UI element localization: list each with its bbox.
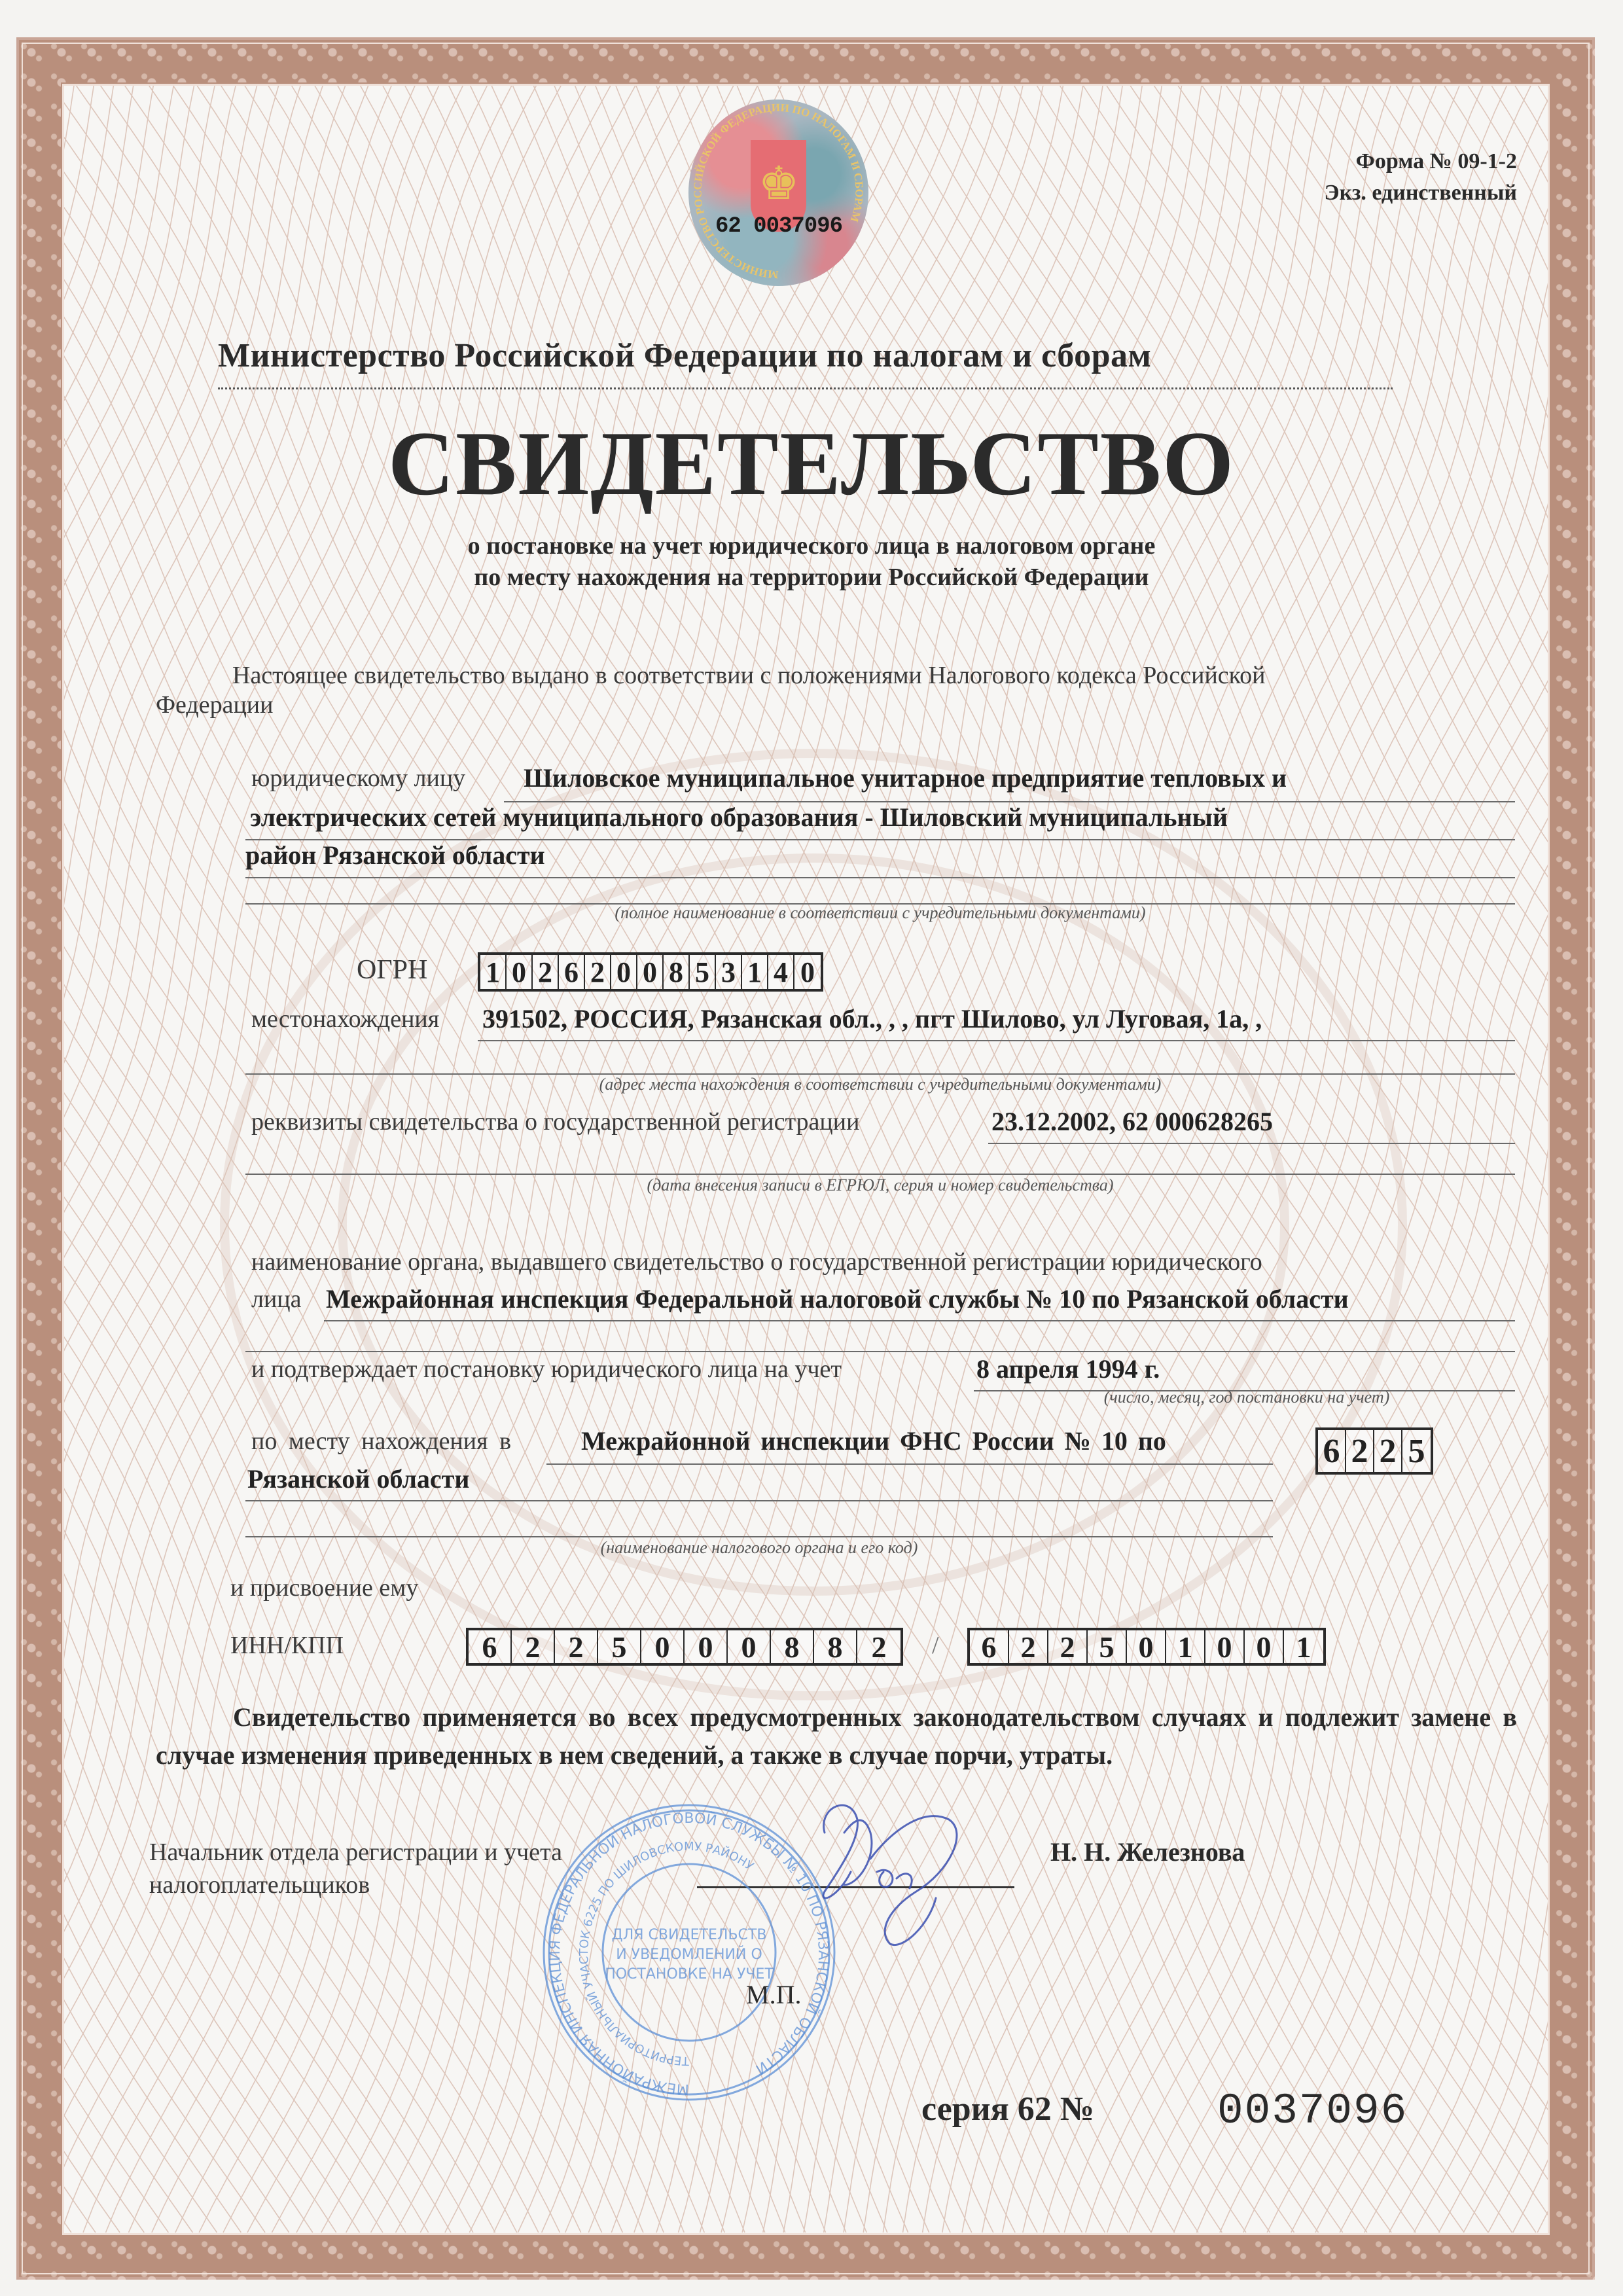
signatory-name: Н. Н. Железнова [1050, 1837, 1245, 1867]
address-caption: (адрес места нахождения в соответствии с… [245, 1075, 1515, 1094]
tax-authority-label: по месту нахождения в [251, 1427, 511, 1456]
kpp-digit: 0 [1127, 1630, 1166, 1663]
tax-authority-caption: (наименование налогового органа и его ко… [245, 1538, 1273, 1558]
hologram-ring-text: МИНИСТЕРСТВО РОССИЙСКОЙ ФЕДЕРАЦИИ ПО НАЛ… [688, 99, 868, 286]
ogrn-digit: 5 [690, 955, 716, 989]
inn-kpp-separator: / [932, 1631, 939, 1660]
series-label: серия 62 № [921, 2090, 1094, 2128]
svg-text:ДЛЯ СВИДЕТЕЛЬСТВ: ДЛЯ СВИДЕТЕЛЬСТВ [612, 1927, 767, 1943]
entity-label: юридическому лицу [251, 764, 465, 793]
issuing-body-rule-1 [324, 1320, 1515, 1321]
assignment-label: и присвоение ему [230, 1573, 418, 1602]
issuing-body-rule-2 [245, 1351, 1515, 1352]
tax-code-digit: 6 [1318, 1430, 1346, 1472]
inn-digit: 8 [771, 1630, 814, 1663]
ogrn-digit: 2 [585, 955, 611, 989]
closing-statement: Свидетельство применяется во всех предус… [156, 1698, 1517, 1774]
tax-authority-rule-2 [245, 1500, 1273, 1501]
kpp-digit: 0 [1205, 1630, 1245, 1663]
hologram-number: 62 0037096 [710, 214, 847, 239]
tax-authority-rule-3 [245, 1536, 1273, 1537]
entity-name-line-3: район Рязанской области [245, 840, 545, 870]
ogrn-digit: 0 [794, 955, 821, 989]
ogrn-digit: 1 [742, 955, 768, 989]
ogrn-digit: 0 [507, 955, 533, 989]
inn-digit: 0 [641, 1630, 685, 1663]
ogrn-digit: 6 [559, 955, 585, 989]
registration-date-label: и подтверждает постановку юридического л… [251, 1355, 842, 1384]
tax-authority-rule-1 [546, 1463, 1273, 1465]
inn-digit: 5 [598, 1630, 641, 1663]
ogrn-label: ОГРН [357, 954, 427, 986]
tax-code-digit: 5 [1402, 1430, 1431, 1472]
ogrn-digit: 1 [480, 955, 507, 989]
entity-name-line-1: Шиловское муниципальное унитарное предпр… [524, 762, 1287, 793]
kpp-digit: 2 [1048, 1630, 1088, 1663]
ogrn-digit: 0 [611, 955, 637, 989]
address-label: местонахождения [251, 1005, 439, 1033]
serial-number: 0037096 [1217, 2087, 1408, 2136]
hologram-seal: ♚ МИНИСТЕРСТВО РОССИЙСКОЙ ФЕДЕРАЦИИ ПО Н… [688, 99, 868, 286]
tax-authority-value-2: Рязанской области [247, 1463, 469, 1494]
kpp-digit: 1 [1166, 1630, 1205, 1663]
ogrn-digit: 3 [716, 955, 742, 989]
registration-rule-1 [988, 1143, 1515, 1144]
copy-note: Экз. единственный [1325, 181, 1517, 206]
subtitle-line-2: по месту нахождения на территории Россий… [0, 563, 1623, 592]
entity-rule-3 [245, 877, 1515, 878]
kpp-digit: 5 [1088, 1630, 1127, 1663]
ministry-name: Министерство Российской Федерации по нал… [218, 336, 1151, 375]
issuing-body-label-2: лица [251, 1285, 302, 1314]
registration-date-value: 8 апреля 1994 г. [976, 1354, 1160, 1384]
inn-digits: 6225000882 [466, 1628, 903, 1666]
kpp-digit: 6 [970, 1630, 1009, 1663]
inn-digit: 2 [555, 1630, 598, 1663]
kpp-digits: 622501001 [967, 1628, 1326, 1666]
tax-code-digit: 2 [1346, 1430, 1374, 1472]
tax-authority-code: 6225 [1315, 1427, 1433, 1475]
inn-digit: 2 [512, 1630, 555, 1663]
issuing-body-label-1: наименование органа, выдавшего свидетель… [251, 1247, 1262, 1276]
kpp-digit: 2 [1009, 1630, 1048, 1663]
entity-name-line-2: электрических сетей муниципального образ… [250, 802, 1228, 833]
registration-label: реквизиты свидетельства о государственно… [251, 1107, 859, 1136]
svg-text:И УВЕДОМЛЕНИЙ О: И УВЕДОМЛЕНИЙ О [616, 1946, 762, 1963]
intro-line-2: Федерации [156, 691, 273, 719]
tax-authority-value-1: Межрайонной инспекции ФНС России № 10 по [581, 1426, 1166, 1456]
inn-digit: 6 [469, 1630, 512, 1663]
handwritten-signature [798, 1793, 969, 1950]
registration-rule-2 [245, 1174, 1515, 1175]
form-number: Форма № 09-1-2 [1356, 149, 1517, 174]
address-rule-1 [478, 1040, 1515, 1041]
ogrn-digits: 1026200853140 [478, 952, 823, 992]
registration-date-caption: (число, месяц, год постановки на учет) [982, 1388, 1512, 1407]
intro-line-1: Настоящее свидетельство выдано в соответ… [232, 661, 1266, 690]
ogrn-digit: 2 [533, 955, 559, 989]
ministry-underline [218, 387, 1393, 389]
inn-digit: 0 [728, 1630, 771, 1663]
kpp-digit: 1 [1284, 1630, 1323, 1663]
kpp-digit: 0 [1245, 1630, 1284, 1663]
signatory-position-1: Начальник отдела регистрации и учета [149, 1838, 562, 1867]
inn-kpp-label: ИНН/КПП [230, 1631, 344, 1660]
ogrn-digit: 0 [637, 955, 664, 989]
registration-caption: (дата внесения записи в ЕГРЮЛ, серия и н… [245, 1175, 1515, 1195]
ogrn-digit: 8 [664, 955, 690, 989]
inn-digit: 0 [685, 1630, 728, 1663]
entity-caption: (полное наименование в соответствии с уч… [245, 903, 1515, 923]
svg-text:МИНИСТЕРСТВО РОССИЙСКОЙ ФЕДЕРА: МИНИСТЕРСТВО РОССИЙСКОЙ ФЕДЕРАЦИИ ПО НАЛ… [691, 101, 865, 281]
inn-digit: 2 [857, 1630, 901, 1663]
registration-value: 23.12.2002, 62 000628265 [991, 1106, 1273, 1137]
address-value: 391502, РОССИЯ, Рязанская обл., , , пгт … [482, 1003, 1262, 1034]
tax-code-digit: 2 [1374, 1430, 1402, 1472]
subtitle-line-1: о постановке на учет юридического лица в… [0, 531, 1623, 560]
seal-mark: М.П. [746, 1979, 801, 2010]
document-title: СВИДЕТЕЛЬСТВО [0, 411, 1623, 516]
certificate: ♚ МИНИСТЕРСТВО РОССИЙСКОЙ ФЕДЕРАЦИИ ПО Н… [0, 0, 1623, 2296]
ogrn-digit: 4 [768, 955, 794, 989]
official-stamp: МЕЖРАЙОННАЯ ИНСПЕКЦИЯ ФЕДЕРАЛЬНОЙ НАЛОГО… [541, 1802, 838, 2103]
issuing-body-value: Межрайонная инспекция Федеральной налого… [326, 1283, 1349, 1314]
signatory-position-2: налогоплательщиков [149, 1871, 370, 1899]
inn-digit: 8 [814, 1630, 857, 1663]
